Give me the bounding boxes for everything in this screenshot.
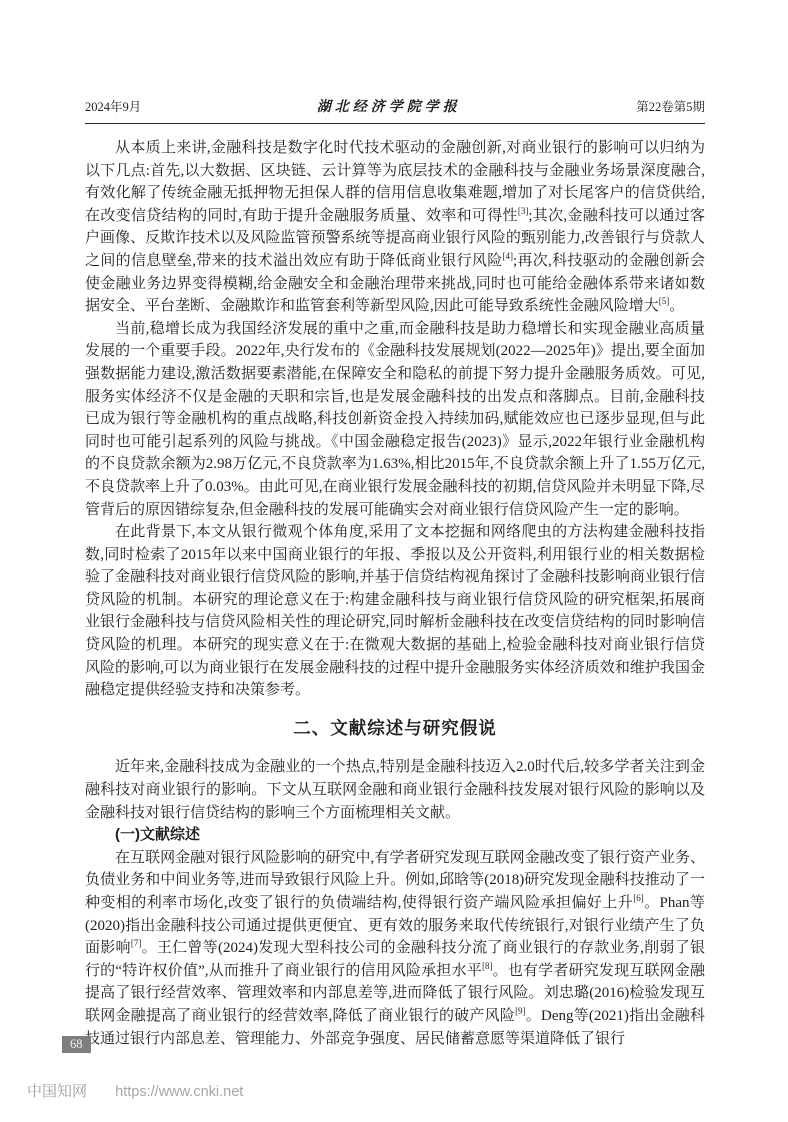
cnki-watermark-url: https://www.cnki.net — [115, 1084, 243, 1100]
section-heading: 二、文献综述与研究假说 — [85, 717, 705, 740]
reference-marker: [8] — [482, 961, 493, 971]
page-number-badge: 68 — [62, 1036, 91, 1053]
body-paragraph: 近年来,金融科技成为金融业的一个热点,特别是金融科技迈入2.0时代后,较多学者关… — [85, 756, 705, 824]
reference-marker: [5] — [659, 296, 670, 306]
reference-marker: [4] — [503, 251, 514, 261]
page-header: 2024年9月 湖北经济学院学报 第22卷第5期 — [85, 96, 705, 124]
body-paragraph: 在此背景下,本文从银行微观个体角度,采用了文本挖掘和网络爬虫的方法构建金融科技指… — [85, 521, 705, 702]
reference-marker: [7] — [131, 938, 142, 948]
body-paragraph: 从本质上来讲,金融科技是数字化时代技术驱动的金融创新,对商业银行的影响可以归纳为… — [85, 137, 705, 318]
reference-marker: [9] — [515, 1006, 526, 1016]
subsection-heading: (一)文献综述 — [85, 824, 705, 847]
article-body: 从本质上来讲,金融科技是数字化时代技术驱动的金融创新,对商业银行的影响可以归纳为… — [85, 137, 705, 1050]
body-paragraph: 当前,稳增长成为我国经济发展的重中之重,而金融科技是助力稳增长和实现金融业高质量… — [85, 318, 705, 521]
reference-marker: [3] — [518, 206, 529, 216]
body-paragraph: 在互联网金融对银行风险影响的研究中,有学者研究发现互联网金融改变了银行资产业务、… — [85, 847, 705, 1050]
reference-marker: [6] — [633, 893, 644, 903]
header-date: 2024年9月 — [85, 97, 141, 115]
cnki-watermark-name: 中国知网 — [27, 1083, 87, 1100]
journal-title: 湖北经济学院学报 — [317, 96, 461, 116]
cnki-watermark: 中国知网 https://www.cnki.net — [27, 1080, 243, 1101]
header-volume-issue: 第22卷第5期 — [636, 97, 705, 115]
